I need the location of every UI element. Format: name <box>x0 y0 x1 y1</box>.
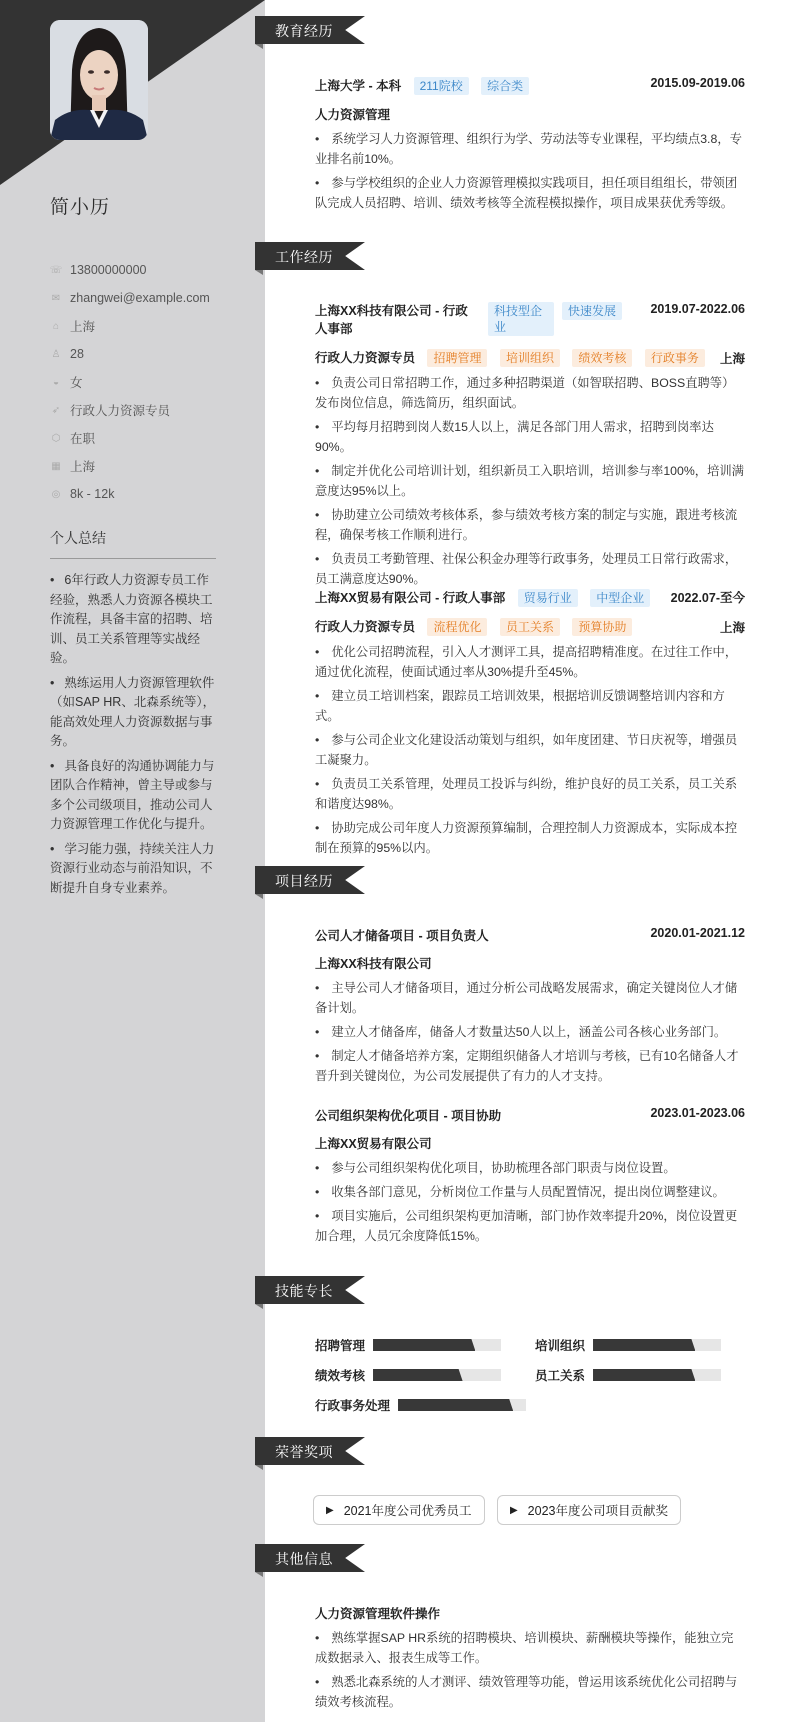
age-icon: ♙ <box>50 348 62 360</box>
project-title: 公司组织架构优化项目 - 项目协助 <box>315 1106 501 1124</box>
work-entry: 上海XX科技有限公司 - 行政人事部 科技型企业 快速发展 2019.07-20… <box>315 302 745 593</box>
work-date: 2022.07-至今 <box>671 588 745 606</box>
info-location: ⌂ 上海 <box>50 312 210 340</box>
personal-summary: 个人总结 6年行政人力资源专员工作经验，熟悉人力资源各模块工作流程，具备丰富的招… <box>50 528 216 903</box>
skill-item: 员工关系 <box>535 1366 755 1384</box>
work-bullet: 优化公司招聘流程，引入人才测评工具，提高招聘精准度。在过往工作中，通过优化流程，… <box>315 642 745 682</box>
section-title-awards: 荣誉奖项 <box>255 1437 365 1465</box>
city-icon: ▦ <box>50 460 62 472</box>
city-text: 上海 <box>70 457 95 475</box>
skill-tag: 员工关系 <box>500 618 560 636</box>
gender-text: 女 <box>70 373 83 391</box>
other-title: 人力资源管理软件操作 <box>315 1604 745 1622</box>
section-title-education: 教育经历 <box>255 16 365 44</box>
skill-item: 行政事务处理 <box>315 1396 535 1414</box>
section-title-other: 其他信息 <box>255 1544 365 1572</box>
info-gender: ◒ 女 <box>50 368 210 396</box>
work-date: 2019.07-2022.06 <box>650 302 745 316</box>
project-company: 上海XX科技有限公司 <box>315 954 745 972</box>
education-entry: 上海大学 - 本科 211院校 综合类 2015.09-2019.06 人力资源… <box>315 76 745 217</box>
info-phone: ☏ 13800000000 <box>50 256 210 284</box>
project-bullet: 项目实施后，公司组织架构更加清晰，部门协作效率提升20%，岗位设置更加合理，人员… <box>315 1206 745 1246</box>
info-salary: ◎ 8k - 12k <box>50 480 210 508</box>
work-bullet: 参与公司企业文化建设活动策划与组织，如年度团建、节日庆祝等，增强员工凝聚力。 <box>315 730 745 770</box>
education-date: 2015.09-2019.06 <box>650 76 745 90</box>
education-bullet: 参与学校组织的企业人力资源管理模拟实践项目，担任项目组组长，带领团队完成人员招聘… <box>315 173 745 213</box>
work-bullet: 平均每月招聘到岗人数15人以上，满足各部门用人需求，招聘到岗率达90%。 <box>315 417 745 457</box>
skill-item: 招聘管理 <box>315 1336 535 1354</box>
skill-tag: 绩效考核 <box>572 349 632 367</box>
other-entry: 人力资源管理软件操作 熟练掌握SAP HR系统的招聘模块、培训模块、薪酬模块等操… <box>315 1604 745 1716</box>
salary-text: 8k - 12k <box>70 487 114 501</box>
company-tag: 科技型企业 <box>488 302 554 336</box>
company-tag: 贸易行业 <box>518 589 578 607</box>
candidate-name: 简小历 <box>50 192 110 219</box>
company-tag: 快速发展 <box>562 302 622 320</box>
summary-item: 具备良好的沟通协调能力与团队合作精神，曾主导或参与多个公司级项目，推动公司人力资… <box>50 757 216 835</box>
project-date: 2020.01-2021.12 <box>650 926 745 940</box>
age-text: 28 <box>70 347 84 361</box>
skill-tag: 预算协助 <box>572 618 632 636</box>
work-bullet: 负责员工考勤管理、社保公积金办理等行政事务，处理员工日常行政需求，员工满意度达9… <box>315 549 745 589</box>
project-title: 公司人才储备项目 - 项目负责人 <box>315 926 489 944</box>
project-date: 2023.01-2023.06 <box>650 1106 745 1120</box>
work-bullet: 负责员工关系管理，处理员工投诉与纠纷，维护良好的员工关系，员工关系和谐度达98%… <box>315 774 745 814</box>
section-title-work: 工作经历 <box>255 242 365 270</box>
phone-icon: ☏ <box>50 264 62 276</box>
triangle-icon: ▶ <box>326 1505 334 1516</box>
location-text: 上海 <box>70 317 95 335</box>
email-text: zhangwei@example.com <box>70 291 210 305</box>
work-bullet: 建立员工培训档案，跟踪员工培训效果，根据培训反馈调整培训内容和方式。 <box>315 686 745 726</box>
project-entry: 公司组织架构优化项目 - 项目协助 2023.01-2023.06 上海XX贸易… <box>315 1106 745 1250</box>
project-bullet: 收集各部门意见，分析岗位工作量与人员配置情况，提出岗位调整建议。 <box>315 1182 745 1202</box>
email-icon: ✉ <box>50 292 62 304</box>
job-role: 行政人力资源专员 <box>315 620 415 634</box>
other-bullet: 熟悉北森系统的人才测评、绩效管理等功能，曾运用该系统优化公司招聘与绩效考核流程。 <box>315 1672 745 1712</box>
work-city: 上海 <box>720 349 745 367</box>
other-bullet: 熟练掌握SAP HR系统的招聘模块、培训模块、薪酬模块等操作，能独立完成数据录入… <box>315 1628 745 1668</box>
location-icon: ⌂ <box>50 320 62 332</box>
info-position: ➶ 行政人力资源专员 <box>50 396 210 424</box>
work-bullet: 协助完成公司年度人力资源预算编制，合理控制人力资源成本，实际成本控制在预算的95… <box>315 818 745 858</box>
triangle-icon: ▶ <box>510 1505 518 1516</box>
awards-list: ▶ 2021年度公司优秀员工 ▶ 2023年度公司项目贡献奖 <box>313 1495 743 1525</box>
job-role: 行政人力资源专员 <box>315 351 415 365</box>
gender-icon: ◒ <box>50 376 62 388</box>
work-entry: 上海XX贸易有限公司 - 行政人事部 贸易行业 中型企业 2022.07-至今 … <box>315 588 745 862</box>
summary-item: 6年行政人力资源专员工作经验，熟悉人力资源各模块工作流程，具备丰富的招聘、培训、… <box>50 571 216 669</box>
section-title-projects: 项目经历 <box>255 866 365 894</box>
school-name: 上海大学 - 本科 <box>315 79 401 93</box>
skill-tag: 行政事务 <box>645 349 705 367</box>
sidebar: 简小历 ☏ 13800000000 ✉ zhangwei@example.com… <box>0 0 265 1722</box>
position-text: 行政人力资源专员 <box>70 401 170 419</box>
project-bullet: 制定人才储备培养方案，定期组织储备人才培训与考核，已有10名储备人才晋升到关键岗… <box>315 1046 745 1086</box>
work-city: 上海 <box>720 618 745 636</box>
project-bullet: 主导公司人才储备项目，通过分析公司战略发展需求，确定关键岗位人才储备计划。 <box>315 978 745 1018</box>
summary-item: 学习能力强，持续关注人力资源行业动态与前沿知识，不断提升自身专业素养。 <box>50 840 216 899</box>
major: 人力资源管理 <box>315 105 745 123</box>
company-name: 上海XX贸易有限公司 - 行政人事部 <box>315 591 505 605</box>
award-badge: ▶ 2021年度公司优秀员工 <box>313 1495 485 1525</box>
skill-tag: 流程优化 <box>427 618 487 636</box>
project-company: 上海XX贸易有限公司 <box>315 1134 745 1152</box>
project-entry: 公司人才储备项目 - 项目负责人 2020.01-2021.12 上海XX科技有… <box>315 926 745 1090</box>
company-tag: 中型企业 <box>590 589 650 607</box>
project-bullet: 建立人才储备库，储备人才数量达50人以上，涵盖公司各核心业务部门。 <box>315 1022 745 1042</box>
info-email: ✉ zhangwei@example.com <box>50 284 210 312</box>
status-text: 在职 <box>70 429 95 447</box>
award-badge: ▶ 2023年度公司项目贡献奖 <box>497 1495 681 1525</box>
info-age: ♙ 28 <box>50 340 210 368</box>
school-tag: 211院校 <box>414 77 469 95</box>
summary-title: 个人总结 <box>50 528 216 559</box>
skill-tag: 培训组织 <box>500 349 560 367</box>
salary-icon: ◎ <box>50 488 62 500</box>
work-bullet: 制定并优化公司培训计划，组织新员工入职培训，培训参与率100%，培训满意度达95… <box>315 461 745 501</box>
summary-item: 熟练运用人力资源管理软件（如SAP HR、北森系统等），能高效处理人力资源数据与… <box>50 674 216 752</box>
project-bullet: 参与公司组织架构优化项目，协助梳理各部门职责与岗位设置。 <box>315 1158 745 1178</box>
education-bullet: 系统学习人力资源管理、组织行为学、劳动法等专业课程，平均绩点3.8，专业排名前1… <box>315 129 745 169</box>
position-icon: ➶ <box>50 404 62 416</box>
section-title-skills: 技能专长 <box>255 1276 365 1304</box>
skill-item: 培训组织 <box>535 1336 755 1354</box>
skill-tag: 招聘管理 <box>427 349 487 367</box>
company-name: 上海XX科技有限公司 - 行政人事部 <box>315 302 480 338</box>
phone-text: 13800000000 <box>70 263 146 277</box>
skill-item: 绩效考核 <box>315 1366 535 1384</box>
info-city: ▦ 上海 <box>50 452 210 480</box>
skills-grid: 招聘管理 培训组织 绩效考核 员工关系 行政事务处理 <box>315 1336 745 1414</box>
info-status: ⬡ 在职 <box>50 424 210 452</box>
status-icon: ⬡ <box>50 432 62 444</box>
work-bullet: 负责公司日常招聘工作，通过多种招聘渠道（如智联招聘、BOSS直聘等）发布岗位信息… <box>315 373 745 413</box>
work-bullet: 协助建立公司绩效考核体系，参与绩效考核方案的制定与实施，跟进考核流程，确保考核工… <box>315 505 745 545</box>
avatar <box>50 20 148 140</box>
contact-info-list: ☏ 13800000000 ✉ zhangwei@example.com ⌂ 上… <box>50 256 210 508</box>
school-tag: 综合类 <box>481 77 529 95</box>
